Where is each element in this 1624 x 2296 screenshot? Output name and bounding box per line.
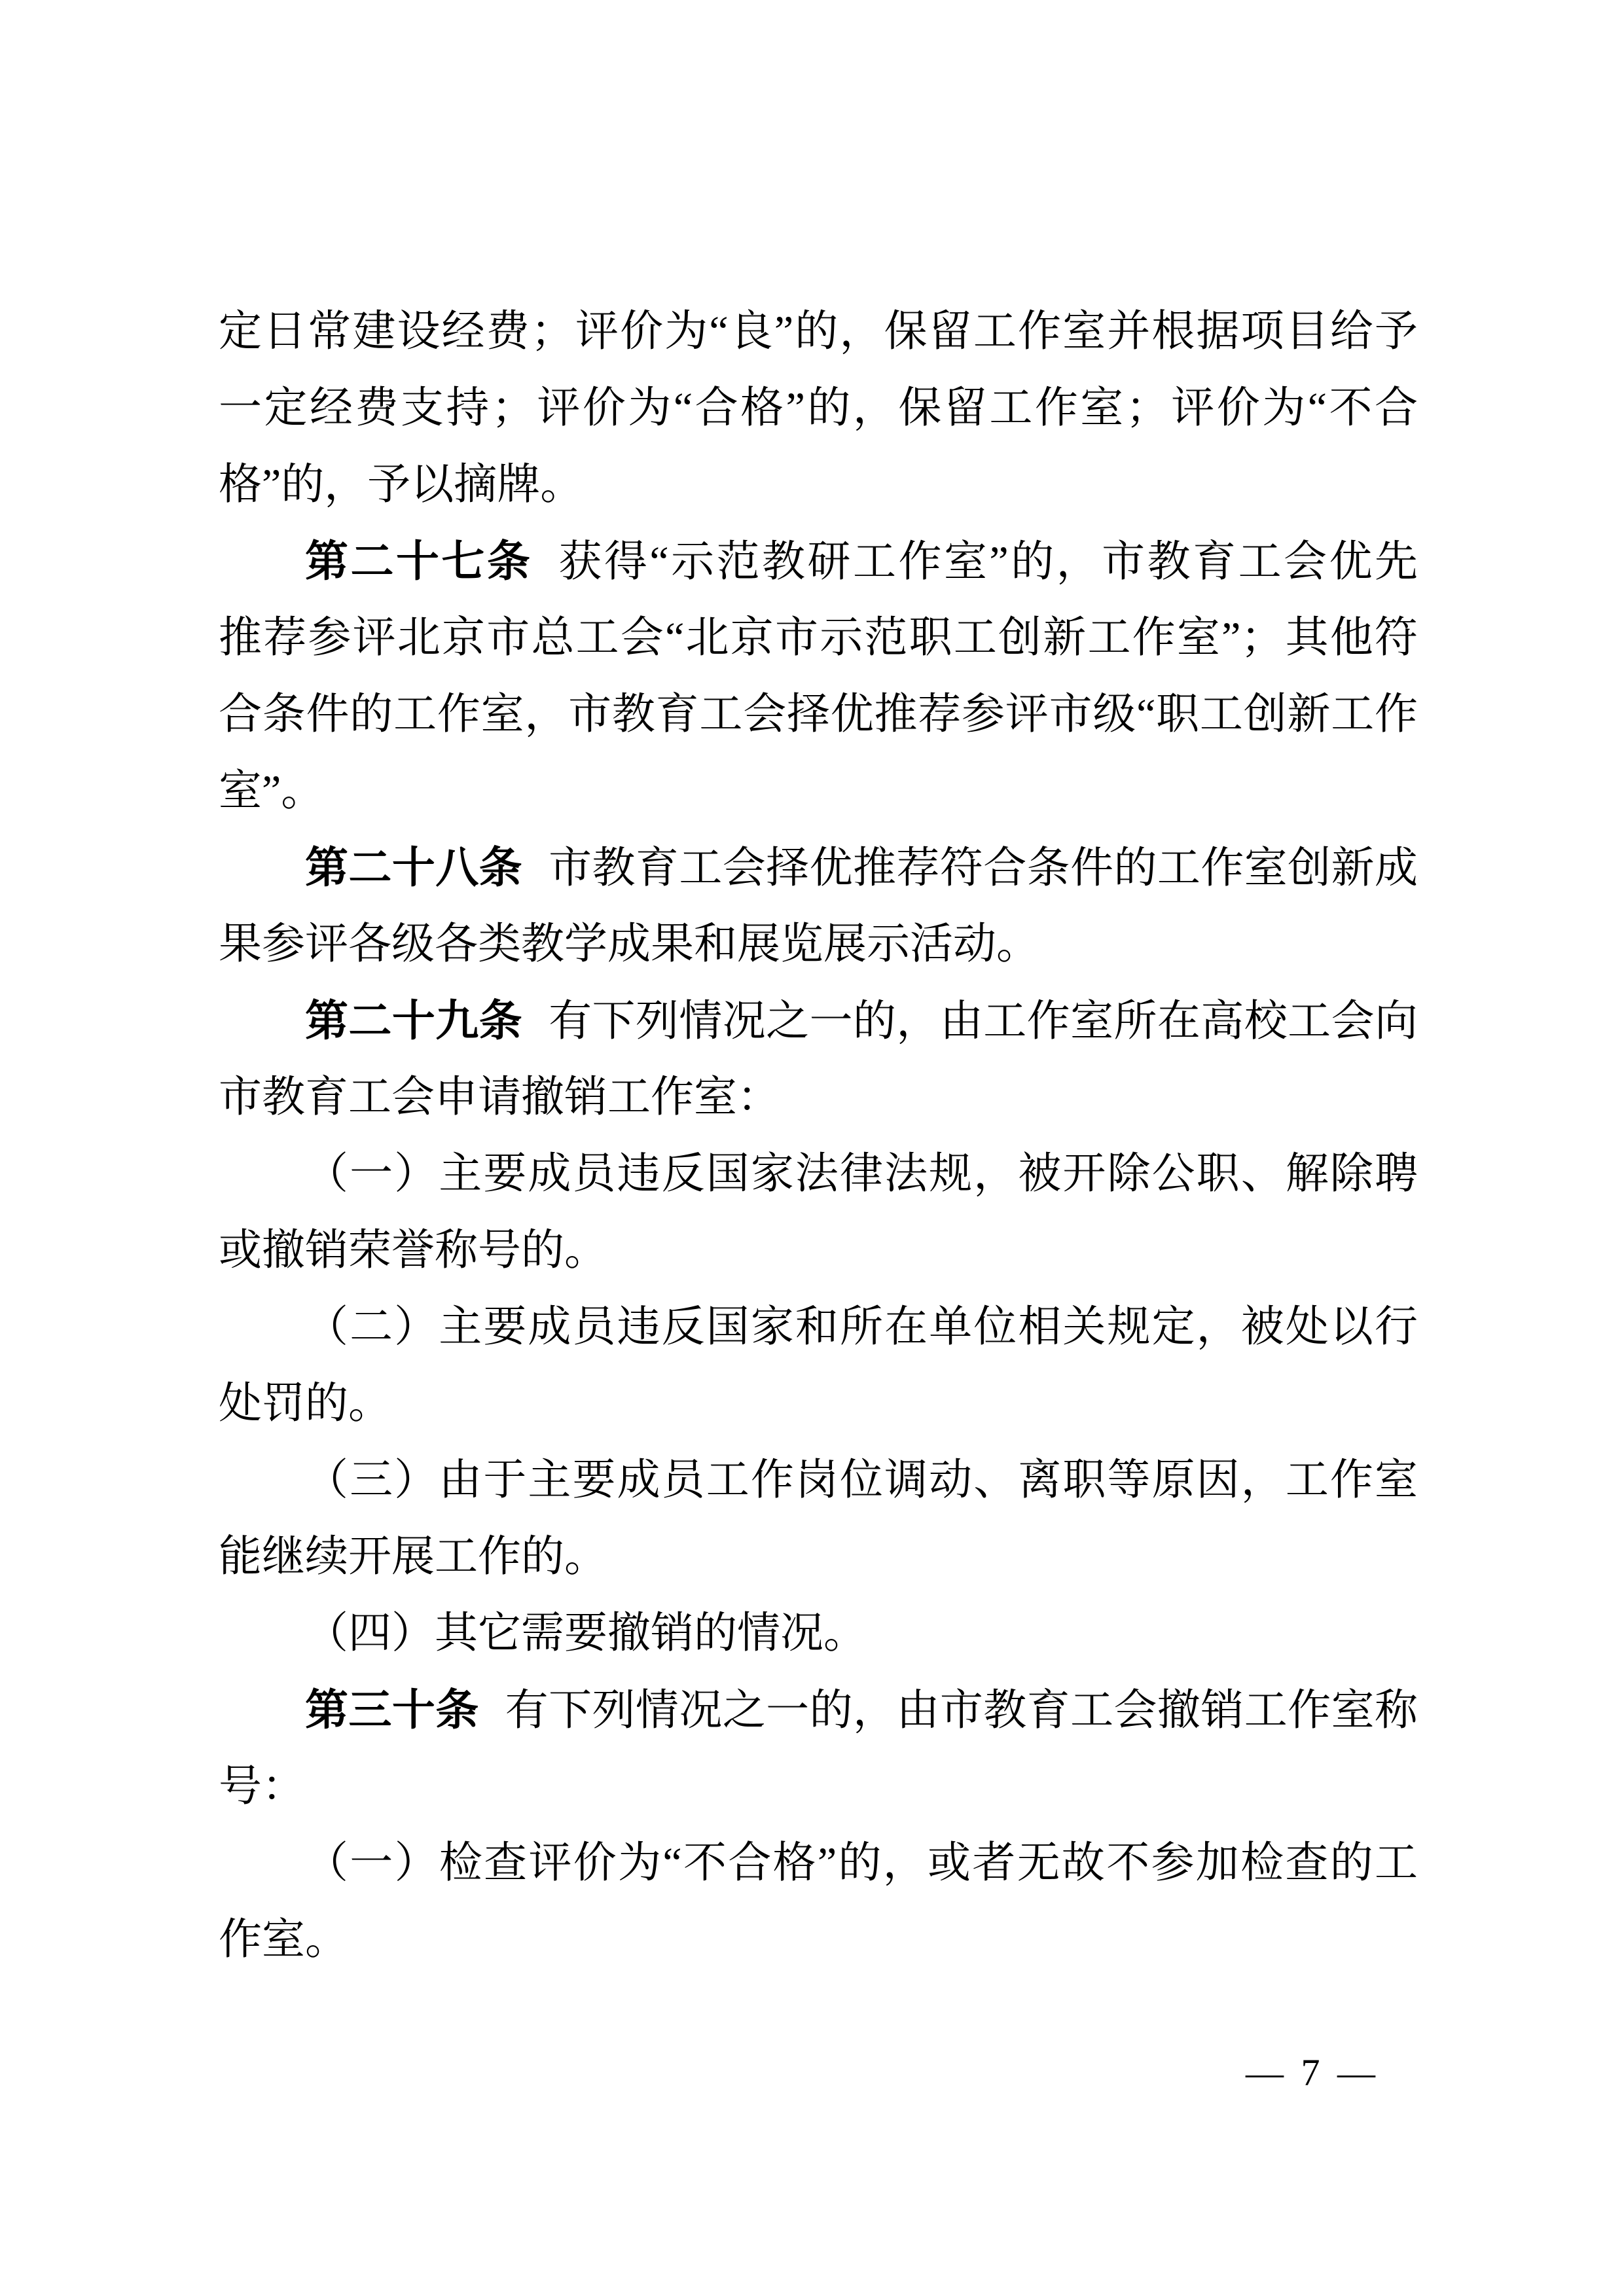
text-line: 果参评各级各类教学成果和展览展示活动。 [219,906,1418,982]
text-line: 作室。 [219,1901,1418,1978]
text-line: 或撤销荣誉称号的。 [219,1212,1418,1289]
text-line: 第二十七条获得“示范教研工作室”的，市教育工会优先 [219,523,1418,600]
article-body-text: 获得“示范教研工作室”的，市教育工会优先 [558,538,1418,586]
text-line: （一）主要成员违反国家法律法规，被开除公职、解除聘用 [219,1136,1418,1212]
text-line: 格”的，予以摘牌。 [219,446,1418,523]
text-line: 市教育工会申请撤销工作室： [219,1059,1418,1136]
article-number: 第二十九条 [305,996,522,1045]
article-body-text: 有下列情况之一的，由市教育工会撤销工作室称 [505,1687,1418,1734]
article-body-text: 有下列情况之一的，由工作室所在高校工会向 [549,997,1418,1045]
text-line: 能继续开展工作的。 [219,1518,1418,1595]
text-line: 推荐参评北京市总工会“北京市示范职工创新工作室”；其他符 [219,600,1418,676]
article-body-text: 市教育工会择优推荐符合条件的工作室创新成 [549,844,1418,892]
text-line: （三）由于主要成员工作岗位调动、离职等原因，工作室不 [219,1442,1418,1518]
text-line: 第二十九条有下列情况之一的，由工作室所在高校工会向 [219,982,1418,1059]
page-number: — 7 — [1246,2050,1379,2096]
article-number: 第三十条 [305,1685,479,1734]
text-line: （四）其它需要撤销的情况。 [219,1595,1418,1672]
text-line: 第三十条有下列情况之一的，由市教育工会撤销工作室称 [219,1672,1418,1748]
text-line: 合条件的工作室，市教育工会择优推荐参评市级“职工创新工作 [219,676,1418,753]
document-body: 定日常建设经费；评价为“良”的，保留工作室并根据项目给予 一定经费支持；评价为“… [219,293,1418,1978]
document-page: 定日常建设经费；评价为“良”的，保留工作室并根据项目给予 一定经费支持；评价为“… [0,0,1624,2296]
text-line: 号： [219,1748,1418,1825]
article-number: 第二十七条 [305,537,532,585]
text-line: （二）主要成员违反国家和所在单位相关规定，被处以行政 [219,1289,1418,1365]
text-line: （一）检查评价为“不合格”的，或者无故不参加检查的工 [219,1825,1418,1901]
text-line: 一定经费支持；评价为“合格”的，保留工作室；评价为“不合 [219,370,1418,446]
text-line: 第二十八条市教育工会择优推荐符合条件的工作室创新成 [219,829,1418,906]
text-line: 室”。 [219,753,1418,829]
text-line: 处罚的。 [219,1365,1418,1442]
article-number: 第二十八条 [305,843,522,891]
text-line: 定日常建设经费；评价为“良”的，保留工作室并根据项目给予 [219,293,1418,370]
